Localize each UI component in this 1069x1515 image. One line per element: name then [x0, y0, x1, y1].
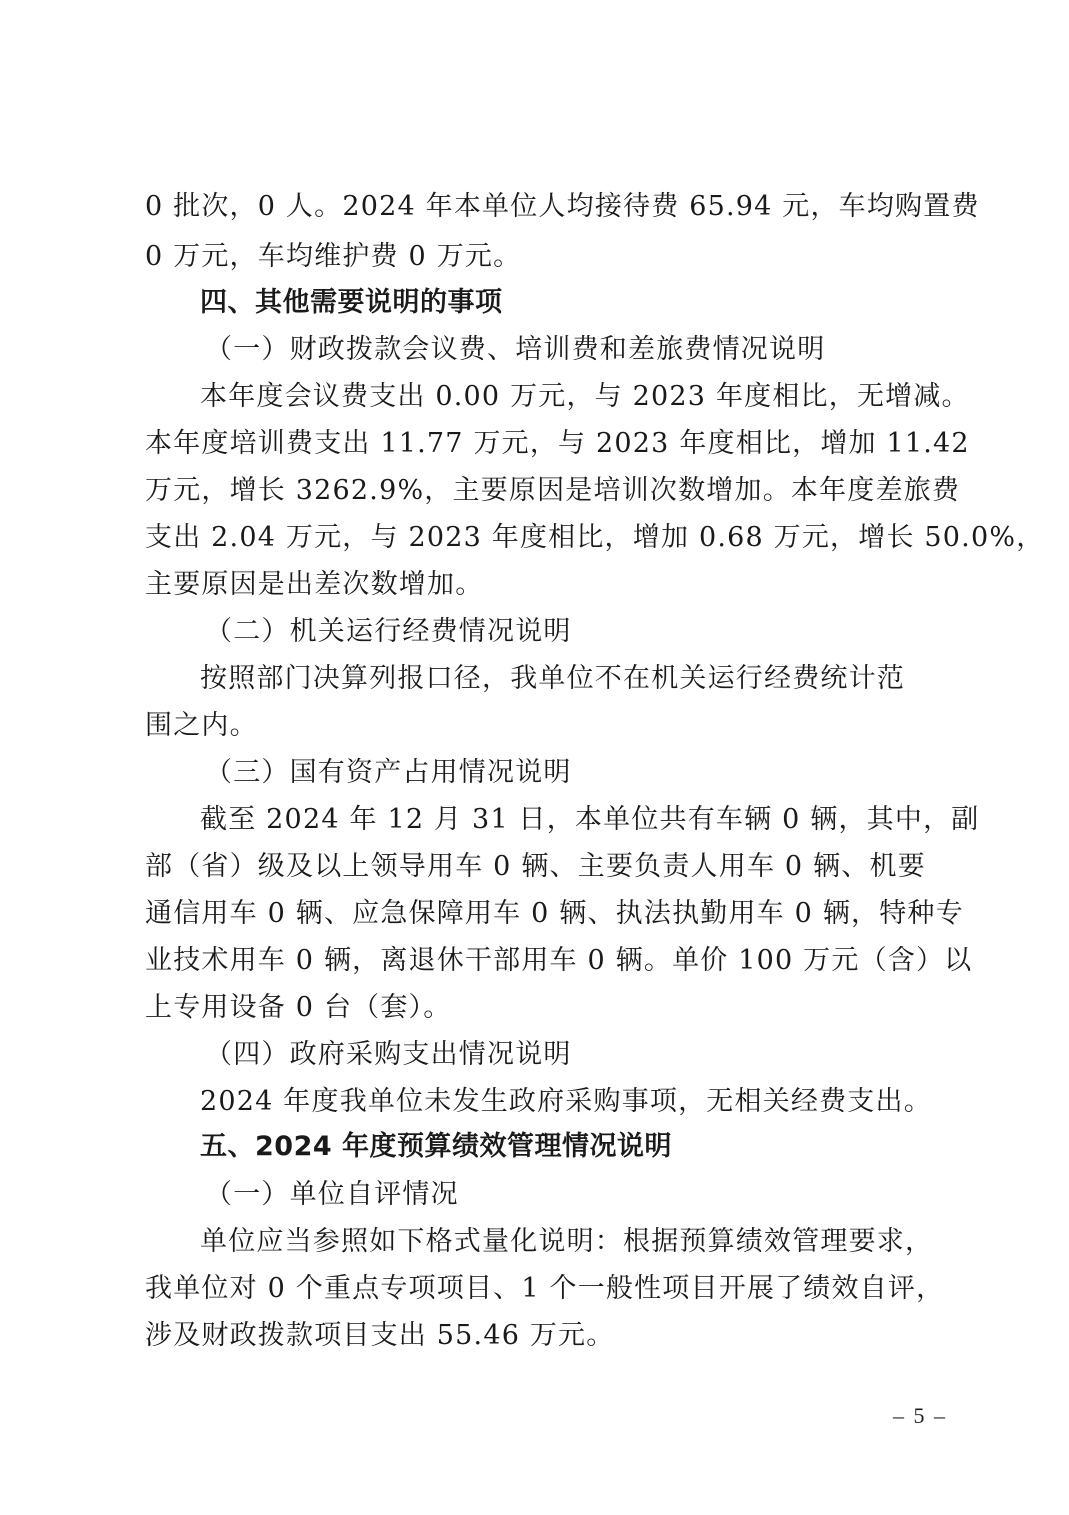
- subsection-heading: （三）国有资产占用情况说明: [205, 753, 1000, 793]
- paragraph-line: 2024 年度我单位未发生政府采购事项，无相关经费支出。: [200, 1082, 995, 1122]
- subsection-heading: （一）财政拨款会议费、培训费和差旅费情况说明: [205, 330, 1000, 370]
- paragraph-line: 涉及财政拨款项目支出 55.46 万元。: [145, 1316, 940, 1356]
- paragraph-line: 本年度会议费支出 0.00 万元，与 2023 年度相比，无增减。: [200, 377, 995, 417]
- paragraph-line: 按照部门决算列报口径，我单位不在机关运行经费统计范: [200, 659, 995, 699]
- document-page: 0 批次，0 人。2024 年本单位人均接待费 65.94 元，车均购置费 0 …: [0, 0, 1069, 1515]
- paragraph-line: 围之内。: [145, 706, 940, 746]
- paragraph-line: 截至 2024 年 12 月 31 日，本单位共有车辆 0 辆，其中，副: [200, 800, 995, 840]
- section-heading: 四、其他需要说明的事项: [200, 283, 995, 323]
- paragraph-line: 0 万元，车均维护费 0 万元。: [145, 237, 940, 277]
- subsection-heading: （二）机关运行经费情况说明: [205, 612, 1000, 652]
- page-number: – 5 –: [893, 1403, 947, 1429]
- paragraph-line: 主要原因是出差次数增加。: [145, 565, 940, 605]
- paragraph-line: 万元，增长 3262.9%，主要原因是培训次数增加。本年度差旅费: [145, 471, 940, 511]
- paragraph-line: 通信用车 0 辆、应急保障用车 0 辆、执法执勤用车 0 辆，特种专: [145, 894, 940, 934]
- paragraph-line: 我单位对 0 个重点专项项目、1 个一般性项目开展了绩效自评，: [145, 1269, 940, 1309]
- subsection-heading: （四）政府采购支出情况说明: [205, 1035, 1000, 1075]
- paragraph-line: 本年度培训费支出 11.77 万元，与 2023 年度相比，增加 11.42: [145, 424, 940, 464]
- paragraph-line: 业技术用车 0 辆，离退休干部用车 0 辆。单价 100 万元（含）以: [145, 941, 940, 981]
- section-heading: 五、2024 年度预算绩效管理情况说明: [200, 1127, 995, 1167]
- paragraph-line: 单位应当参照如下格式量化说明：根据预算绩效管理要求，: [200, 1222, 995, 1262]
- paragraph-line: 部（省）级及以上领导用车 0 辆、主要负责人用车 0 辆、机要: [145, 847, 940, 887]
- paragraph-line: 0 批次，0 人。2024 年本单位人均接待费 65.94 元，车均购置费: [145, 187, 940, 227]
- paragraph-line: 支出 2.04 万元，与 2023 年度相比，增加 0.68 万元，增长 50.…: [145, 518, 940, 558]
- subsection-heading: （一）单位自评情况: [205, 1175, 1000, 1215]
- paragraph-line: 上专用设备 0 台（套）。: [145, 988, 940, 1028]
